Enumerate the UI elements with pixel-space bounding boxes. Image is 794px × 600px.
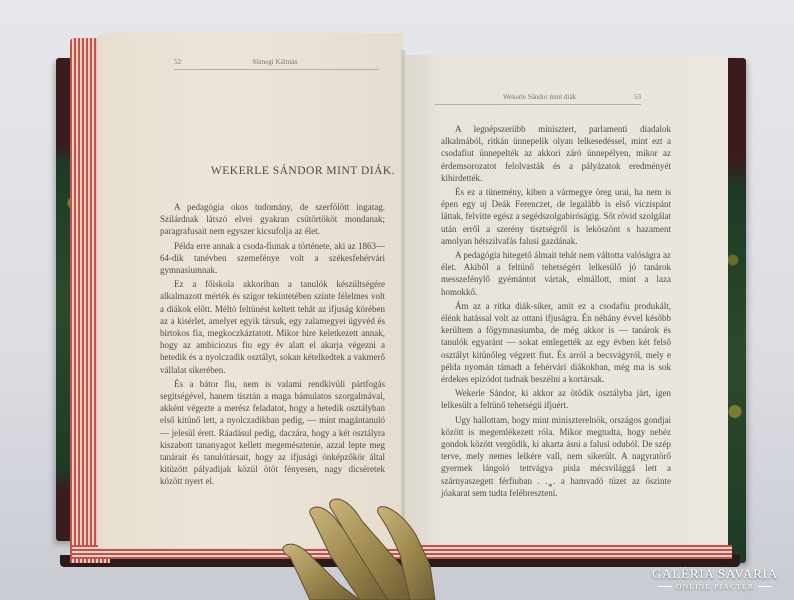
right-page: Wekerle Sándor mint diák 53 A legnépszer… (403, 55, 728, 545)
paragraph: A pedagógia okos tudomány, de szerfölött… (160, 201, 385, 238)
watermark-subtitle-row: ONLINE PIACTÉR (640, 582, 790, 591)
right-running-head: Wekerle Sándor mint diák 53 (435, 93, 641, 105)
left-page-number: 52 (174, 58, 181, 66)
paragraph: És a bátor fiu, nem is valami rendkivüli… (160, 378, 385, 488)
paragraph: Példa erre annak a csoda-fiunak a történ… (160, 240, 385, 277)
right-body-text: A legnépszerübb minisztert, parlamenti d… (441, 123, 671, 501)
paragraph: Wekerle Sándor, ki akkor az ötödik osztá… (441, 387, 671, 411)
paragraph: És ez a tünemény, kiben a vármegye öreg … (441, 186, 671, 247)
book-photo: 52 Sümegi Kálmán WEKERLE SÁNDOR MINT DIÁ… (0, 0, 794, 600)
left-running-title: Sümegi Kálmán (252, 58, 297, 66)
right-running-title: Wekerle Sándor mint diák (503, 93, 576, 101)
paragraph: A legnépszerübb minisztert, parlamenti d… (441, 123, 671, 184)
left-page: 52 Sümegi Kálmán WEKERLE SÁNDOR MINT DIÁ… (98, 33, 403, 548)
divider (758, 586, 772, 587)
paragraph: A pedagógia hitegető álmait tehát nem vá… (441, 249, 671, 298)
paragraph: Ugy hallottam, hogy mint miniszterelnök,… (441, 414, 671, 499)
brass-hand-icon (270, 495, 480, 600)
right-page-number: 53 (634, 93, 641, 101)
divider (658, 586, 672, 587)
chapter-title: WEKERLE SÁNDOR MINT DIÁK. (203, 165, 403, 177)
book-gutter (400, 50, 406, 550)
watermark: GALÉRIA SAVARIA ONLINE PIACTÉR (640, 566, 790, 591)
paragraph: Ez a főiskola akkoriban a tanulók készül… (160, 278, 385, 376)
paragraph: Ám az a ritka diák-siker, amit ez a csod… (441, 300, 671, 385)
watermark-title: GALÉRIA SAVARIA (640, 566, 790, 582)
left-running-head: 52 Sümegi Kálmán (174, 58, 379, 70)
left-body-text: A pedagógia okos tudomány, de szerfölött… (160, 201, 385, 490)
section-end-mark: * (548, 482, 553, 492)
watermark-subtitle: ONLINE PIACTÉR (676, 582, 754, 591)
